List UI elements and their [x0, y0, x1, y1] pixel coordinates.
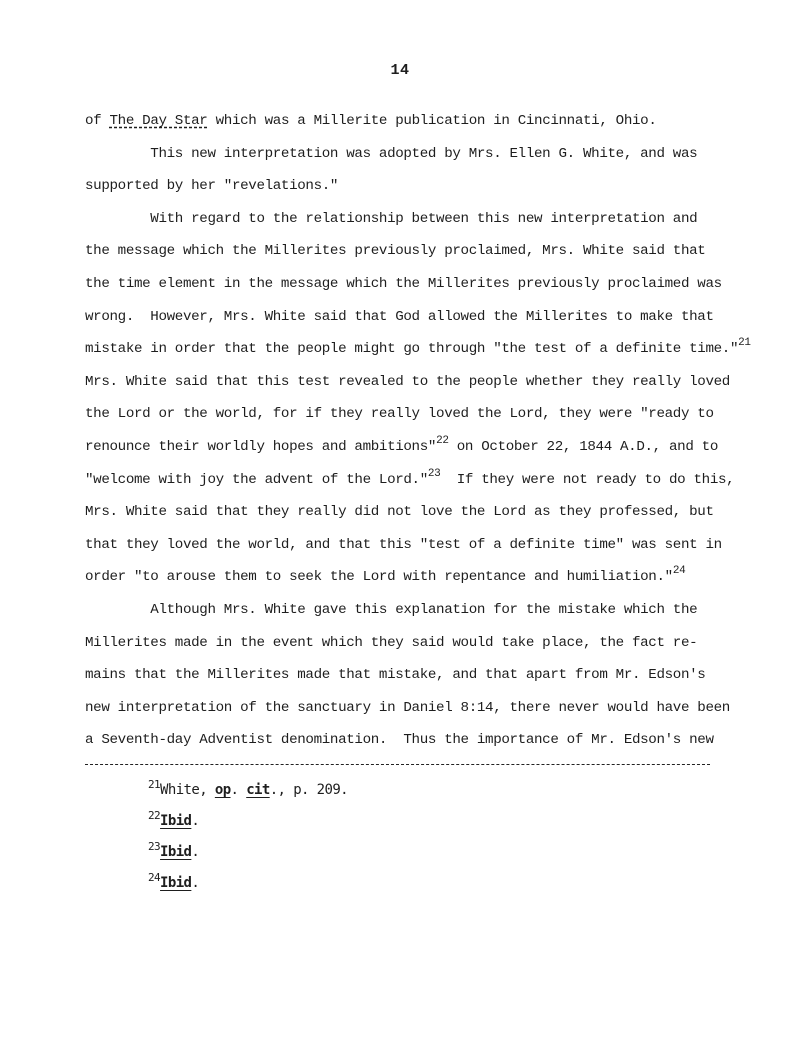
- text-line: Although Mrs. White gave this explanatio…: [85, 594, 765, 627]
- text-line: This new interpretation was adopted by M…: [85, 138, 765, 171]
- text-run: wrong. However, Mrs. White said that God…: [85, 309, 714, 325]
- text-run: .: [231, 782, 247, 798]
- footnote-number: 24: [148, 871, 160, 884]
- underlined-text: Ibid: [160, 813, 191, 829]
- underlined-text: cit: [246, 782, 270, 798]
- text-run: .: [191, 844, 199, 860]
- text-line: of The Day Star which was a Millerite pu…: [85, 105, 765, 138]
- footnote-reference: 23: [428, 468, 441, 480]
- text-run: renounce their worldly hopes and ambitio…: [85, 439, 436, 455]
- footnote-number: 22: [148, 809, 160, 822]
- footnote-reference: 21: [738, 337, 751, 349]
- text-line: a Seventh-day Adventist denomination. Th…: [85, 724, 765, 757]
- footnote-reference: 24: [673, 565, 686, 577]
- footnotes: 21White, op. cit., p. 209.22Ibid.23Ibid.…: [148, 775, 348, 899]
- text-run: If they were not ready to do this,: [440, 472, 734, 488]
- text-run: order "to arouse them to seek the Lord w…: [85, 569, 673, 585]
- page-number: 14: [0, 62, 800, 79]
- text-run: "welcome with joy the advent of the Lord…: [85, 472, 428, 488]
- text-run: With regard to the relationship between …: [85, 211, 697, 227]
- text-run: the message which the Millerites previou…: [85, 243, 705, 259]
- text-run: White,: [160, 782, 215, 798]
- text-line: the Lord or the world, for if they reall…: [85, 398, 765, 431]
- text-run: which was a Millerite publication in Cin…: [207, 113, 656, 129]
- text-run: a Seventh-day Adventist denomination. Th…: [85, 732, 714, 748]
- text-line: the time element in the message which th…: [85, 268, 765, 301]
- text-run: that they loved the world, and that this…: [85, 537, 722, 553]
- text-line: that they loved the world, and that this…: [85, 529, 765, 562]
- footnote-separator: [85, 764, 710, 765]
- text-run: Although Mrs. White gave this explanatio…: [85, 602, 697, 618]
- footnote: 23Ibid.: [148, 837, 348, 868]
- text-run: Mrs. White said that they really did not…: [85, 504, 714, 520]
- footnote-reference: 22: [436, 435, 449, 447]
- text-run: on October 22, 1844 A.D., and to: [449, 439, 718, 455]
- text-line: With regard to the relationship between …: [85, 203, 765, 236]
- underlined-text: Ibid: [160, 875, 191, 891]
- text-line: new interpretation of the sanctuary in D…: [85, 692, 765, 725]
- underlined-text: The Day Star: [110, 113, 208, 129]
- text-run: Mrs. White said that this test revealed …: [85, 374, 730, 390]
- text-line: mains that the Millerites made that mist…: [85, 659, 765, 692]
- text-line: Mrs. White said that this test revealed …: [85, 366, 765, 399]
- footnote-number: 23: [148, 840, 160, 853]
- text-run: mistake in order that the people might g…: [85, 341, 738, 357]
- underlined-text: Ibid: [160, 844, 191, 860]
- text-run: the Lord or the world, for if they reall…: [85, 406, 714, 422]
- text-line: "welcome with joy the advent of the Lord…: [85, 464, 765, 497]
- text-run: supported by her "revelations.": [85, 178, 338, 194]
- text-run: ., p. 209.: [270, 782, 348, 798]
- text-line: renounce their worldly hopes and ambitio…: [85, 431, 765, 464]
- text-run: mains that the Millerites made that mist…: [85, 667, 705, 683]
- text-line: the message which the Millerites previou…: [85, 235, 765, 268]
- text-line: Mrs. White said that they really did not…: [85, 496, 765, 529]
- text-run: This new interpretation was adopted by M…: [85, 146, 697, 162]
- text-line: Millerites made in the event which they …: [85, 627, 765, 660]
- footnote: 24Ibid.: [148, 868, 348, 899]
- text-run: .: [191, 813, 199, 829]
- text-line: supported by her "revelations.": [85, 170, 765, 203]
- text-run: of: [85, 113, 110, 129]
- text-run: the time element in the message which th…: [85, 276, 722, 292]
- footnote: 21White, op. cit., p. 209.: [148, 775, 348, 806]
- text-run: new interpretation of the sanctuary in D…: [85, 700, 730, 716]
- text-line: mistake in order that the people might g…: [85, 333, 765, 366]
- text-run: Millerites made in the event which they …: [85, 635, 697, 651]
- body-text: of The Day Star which was a Millerite pu…: [85, 105, 765, 757]
- footnote: 22Ibid.: [148, 806, 348, 837]
- text-run: .: [191, 875, 199, 891]
- text-line: order "to arouse them to seek the Lord w…: [85, 561, 765, 594]
- underlined-text: op: [215, 782, 231, 798]
- text-line: wrong. However, Mrs. White said that God…: [85, 301, 765, 334]
- footnote-number: 21: [148, 778, 160, 791]
